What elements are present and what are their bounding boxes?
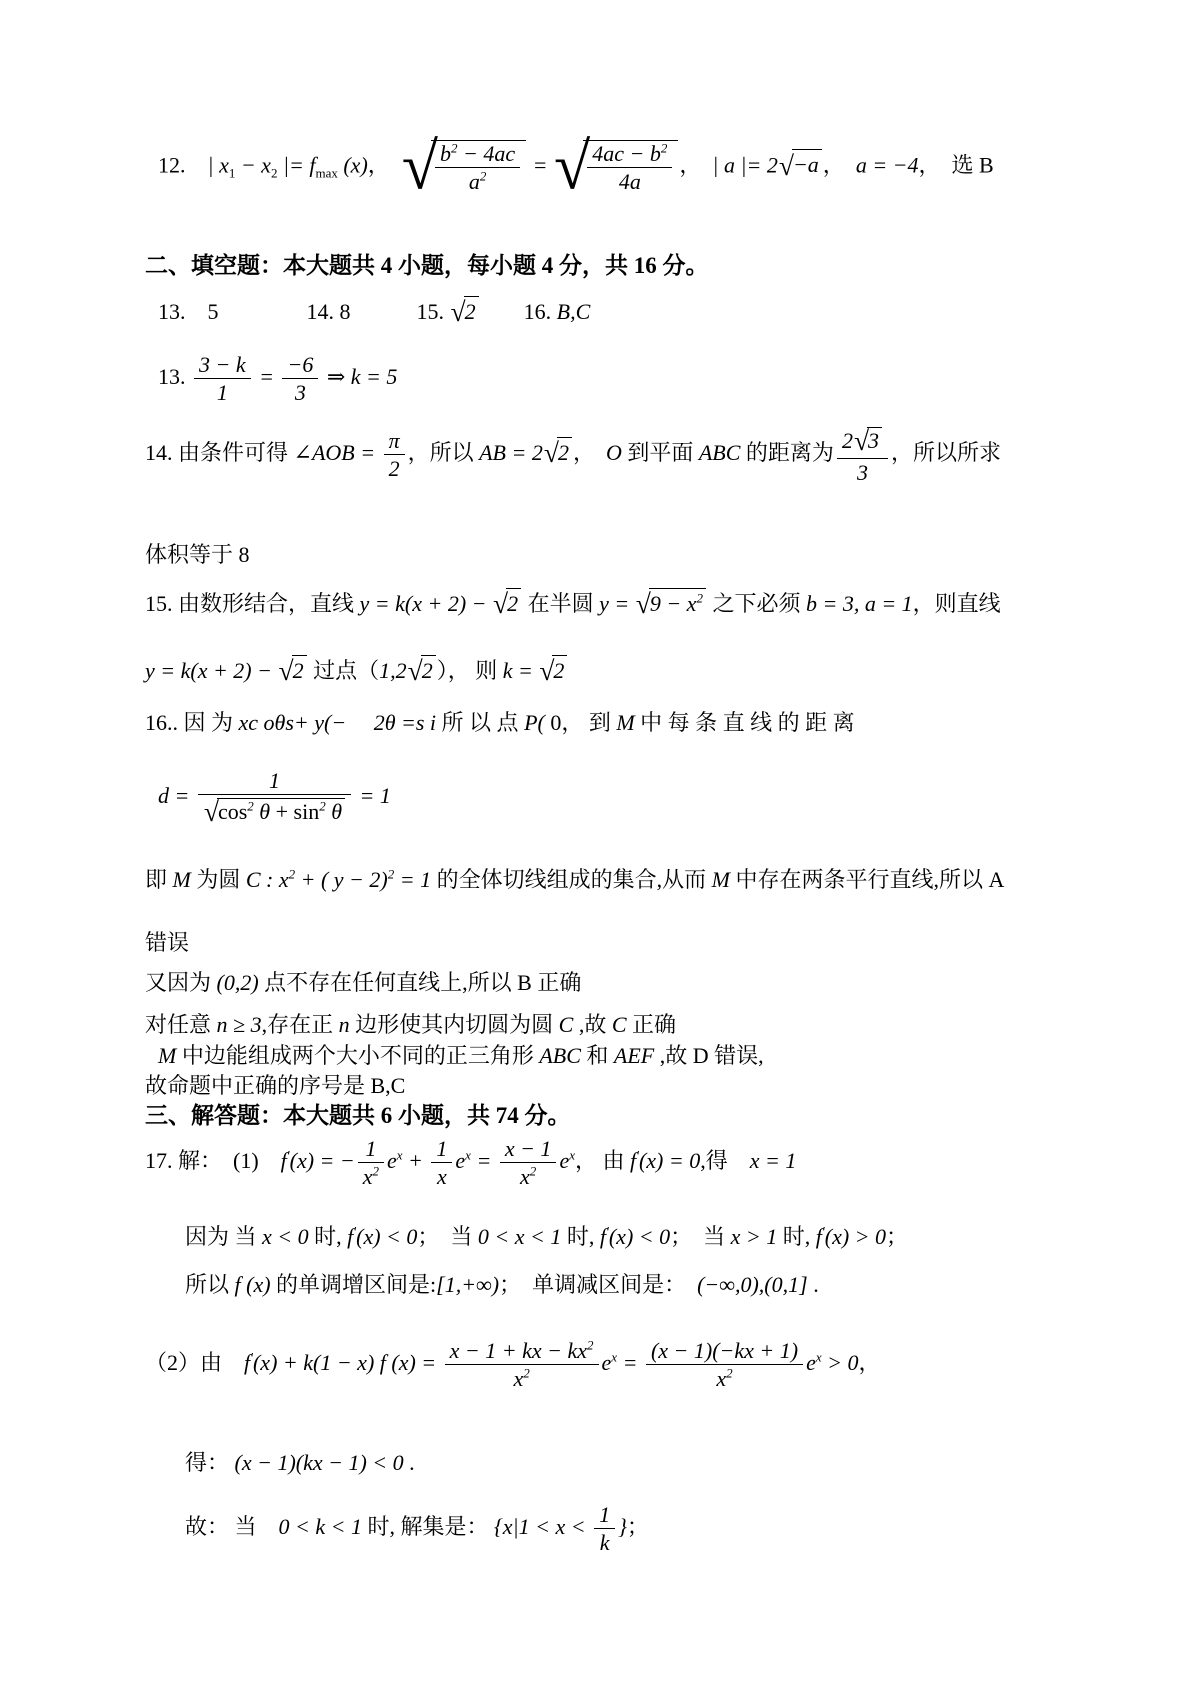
superscript: 2 (523, 1366, 530, 1381)
math-var: x < 0 (262, 1224, 309, 1249)
math-var: } (618, 1514, 627, 1539)
math-var: 2 (558, 440, 569, 465)
radical: √9 − x2 (636, 585, 706, 622)
fraction: 4ac − b24a (587, 141, 672, 195)
math-var: π (389, 428, 400, 453)
math-var: 2 (465, 299, 476, 324)
sol-17-1: 17. 解： (1) f′(x) = −1x2ex + 1xex = x − 1… (145, 1136, 796, 1190)
text-run (346, 710, 374, 735)
text-run: 15. 由数形结合，直线 (145, 591, 360, 616)
math-var: |= f (277, 152, 315, 177)
math-var: (x) < 0 (356, 1224, 417, 1249)
fraction-denominator: x2 (500, 1163, 557, 1189)
text-run: 时, (777, 1224, 816, 1249)
section-2-header: 二、填空题：本大题共 4 小题，每小题 4 分，共 16 分。 (145, 250, 709, 281)
text-run: 16. (480, 299, 557, 324)
math-var: (−∞,0),(0,1] (697, 1272, 808, 1297)
radical-sign: √ (408, 655, 422, 686)
math-var: > 0 (822, 1350, 859, 1375)
math-var: 9 − x (650, 591, 697, 616)
sol-16: 16.. 因 为 xc oθs+ y(− 2θ =s i 所 以 点 P( 0，… (145, 708, 855, 738)
math-var: k (600, 1530, 610, 1555)
radical-sign: √ (636, 588, 650, 619)
math-var: x (716, 1366, 726, 1391)
math-var: (x − 1)(kx − 1) < 0 (235, 1450, 404, 1475)
math-var: ∠AOB = (294, 440, 381, 465)
text-run: ，则直线 (913, 591, 1001, 616)
fraction-numerator: 3 − k (194, 352, 251, 379)
radicand: b2 − 4aca2 (431, 140, 526, 195)
radicand: 2 (552, 655, 567, 686)
fraction-numerator: x − 1 + kx − kx2 (445, 1338, 599, 1365)
text-run: 错误 (145, 930, 189, 955)
text-run: sin (294, 799, 320, 824)
math-var: M (616, 710, 634, 735)
math-var: x (437, 1164, 447, 1189)
text-run: （2）由 (145, 1350, 244, 1375)
document-page: 12. | x1 − x2 |= fmax (x)， √b2 − 4aca2 =… (0, 0, 1200, 1698)
radical-sign: √ (451, 296, 465, 327)
text-run: 中边能组成两个大小不同的正三角形 (176, 1043, 539, 1068)
radical: √4ac − b24a (554, 140, 678, 195)
fraction-denominator: k (594, 1529, 615, 1555)
radical-sign: √ (854, 425, 868, 456)
math-var: [1,+∞) (436, 1272, 499, 1297)
math-var: y = (599, 591, 635, 616)
text-run: ， (573, 440, 606, 465)
radical-sign: √ (554, 130, 587, 203)
superscript: 2 (480, 169, 487, 184)
fraction: 2√33 (837, 425, 888, 485)
fraction-denominator: 3 (837, 459, 888, 485)
fraction: 1√cos2 θ + sin2 θ (198, 768, 351, 828)
fraction-denominator: 2 (384, 455, 405, 481)
section-3-header: 三、解答题：本大题共 6 小题，共 74 分。 (145, 1100, 571, 1131)
text-run: 13. (158, 364, 191, 389)
subscript: max (315, 166, 337, 181)
math-var: e (455, 1148, 465, 1173)
radicand: 2 (421, 655, 436, 686)
math-var: e (806, 1350, 816, 1375)
radicand: 3 (867, 427, 882, 453)
math-var: ABC (699, 440, 741, 465)
text-run: 的单调增区间是: (271, 1272, 437, 1297)
math-var: (x) < 0 (609, 1224, 670, 1249)
radical: √2 (539, 652, 567, 689)
math-var: − 4ac (458, 141, 516, 166)
radical-sign: √ (779, 150, 793, 181)
text-run: 正确 (627, 1012, 677, 1037)
fraction-denominator: 3 (282, 379, 318, 405)
radicand: 2 (557, 437, 572, 468)
text-run: 和 (581, 1043, 614, 1068)
math-var: 2 (842, 428, 853, 453)
text-run: 二、填空题：本大题共 4 小题，每小题 4 分，共 16 分。 (145, 253, 709, 278)
radical: √2 (408, 652, 436, 689)
math-var: 3 (295, 380, 306, 405)
math-var: θ (326, 799, 342, 824)
text-run: 故： 当 (185, 1514, 279, 1539)
radical-sign: √ (539, 655, 553, 686)
text-run: ， 选 B (919, 152, 994, 177)
fraction-numerator: (x − 1)(−kx + 1) (646, 1338, 803, 1365)
radical: √2 (493, 585, 521, 622)
radicand: 4ac − b24a (583, 140, 678, 195)
text-run: 过点（ (308, 658, 380, 683)
text-run: ， (368, 152, 401, 177)
math-var: = (254, 364, 280, 389)
fraction-numerator: π (384, 428, 405, 455)
math-var: 2 (293, 658, 304, 683)
text-run: 得： (185, 1450, 235, 1475)
math-var: (x − 1)(−kx + 1) (651, 1338, 798, 1363)
math-var: (x) (338, 152, 368, 177)
math-var: = (527, 152, 553, 177)
fraction: (x − 1)(−kx + 1)x2 (646, 1338, 803, 1392)
superscript: 2 (726, 1366, 733, 1381)
math-var: 3 (868, 428, 879, 453)
superscript: 2 (373, 1164, 380, 1179)
math-var: M (158, 1043, 176, 1068)
text-run: 对任意 (145, 1012, 217, 1037)
math-var: = 1 (354, 783, 391, 808)
math-var: (x) + k(1 − x) f (x) = (253, 1350, 442, 1375)
math-var: 2θ =s i (374, 710, 436, 735)
fraction-denominator: x (431, 1163, 452, 1189)
text-run: 中存在两条平行直线,所以 A (730, 867, 1004, 892)
math-var: x − 1 (505, 1136, 552, 1161)
text-run: ， 由 (575, 1148, 630, 1173)
fraction: 1x2 (358, 1136, 384, 1190)
fraction: x − 1x2 (500, 1136, 557, 1190)
radicand: −a (792, 149, 822, 180)
math-var: x > 1 (731, 1224, 778, 1249)
fraction-numerator: b2 − 4ac (435, 141, 520, 168)
text-run: 16.. 因 为 (145, 710, 239, 735)
math-var: C (612, 1012, 627, 1037)
text-run: ,故 D 错误, (654, 1043, 763, 1068)
text-run: 即 (145, 867, 173, 892)
math-var: 1 < x < (519, 1514, 591, 1539)
sol-17-2: （2）由 f′(x) + k(1 − x) f (x) = x − 1 + kx… (145, 1338, 881, 1392)
text-run: ； 单调减区间是： (499, 1272, 697, 1297)
math-var: 1,2 (379, 658, 407, 683)
text-run: 的距离为 (740, 440, 834, 465)
fraction-denominator: 1 (194, 379, 251, 405)
math-var: x − 1 + kx − kx (450, 1338, 587, 1363)
text-run: ； (627, 1514, 649, 1539)
sol-15-cont: y = k(x + 2) − √2 过点（1,2√2）， 则 k = √2 (145, 652, 568, 689)
math-var: y = k(x + 2) − (360, 591, 492, 616)
math-var: k = (503, 658, 539, 683)
radicand: 9 − x2 (649, 588, 706, 619)
math-var: 1 (365, 1136, 376, 1161)
text-run: 时, (309, 1224, 348, 1249)
math-var: b (440, 141, 451, 166)
math-var: 2 (422, 658, 433, 683)
math-var: −6 (287, 352, 313, 377)
radical: √−a (779, 147, 822, 184)
math-var: M (712, 867, 730, 892)
math-var: M (173, 867, 191, 892)
text-run: 到平面 (622, 440, 699, 465)
math-var: e (602, 1350, 612, 1375)
superscript: 2 (587, 1338, 594, 1353)
radical-sign: √ (493, 588, 507, 619)
text-run: ）， 则 (437, 658, 503, 683)
fraction-denominator: a2 (435, 168, 520, 194)
math-var: C (559, 1012, 574, 1037)
math-var: x (363, 1164, 373, 1189)
math-var: f (x) (235, 1272, 271, 1297)
fraction-numerator: −6 (282, 352, 318, 379)
radicand: 2 (464, 296, 479, 327)
text-run: ； 当 (670, 1224, 731, 1249)
math-var: 2 (389, 456, 400, 481)
math-var: k = 5 (351, 364, 398, 389)
text-run: 14. 由条件可得 (145, 440, 294, 465)
radical: √3 (854, 425, 882, 457)
math-var: | x (208, 152, 229, 177)
text-run: + (270, 799, 293, 824)
text-run: 边形使其内切圆为圆 (350, 1012, 559, 1037)
radical: √2 (451, 293, 479, 330)
text-run: 故命题中正确的序号是 B,C (145, 1073, 405, 1098)
text-run: 为圆 (191, 867, 246, 892)
fraction: −63 (282, 352, 318, 406)
fraction: π2 (384, 428, 405, 482)
text-run: ； 当 (417, 1224, 478, 1249)
fraction: 3 − k1 (194, 352, 251, 406)
math-var: = 1 (394, 867, 431, 892)
math-var: y = k(x + 2) − (145, 658, 277, 683)
math-var: (x) > 0 (825, 1224, 886, 1249)
text-run: 的全体切线组成的集合,从而 (431, 867, 712, 892)
math-var: 1 (436, 1136, 447, 1161)
text-run: 点不存在任何直线上,所以 B 正确 (259, 970, 582, 995)
math-var: e (559, 1148, 569, 1173)
math-var: + (403, 1148, 429, 1173)
text-run: ， (858, 1350, 880, 1375)
text-run: ,存在正 (262, 1012, 339, 1037)
text-run: 时, 解集是： (362, 1514, 494, 1539)
text-run: ,得 (700, 1148, 750, 1173)
radical: √2 (278, 652, 306, 689)
math-var: (x) = − (290, 1148, 355, 1173)
fraction-denominator: √cos2 θ + sin2 θ (198, 795, 351, 828)
math-var: n (339, 1012, 350, 1037)
fraction: b2 − 4aca2 (435, 141, 520, 195)
sol-13: 13. 3 − k1 = −63 ⇒ k = 5 (158, 352, 397, 406)
sol-17-signs: 因为 当 x < 0 时, f′(x) < 0； 当 0 < x < 1 时, … (185, 1222, 908, 1252)
sol-12: 12. | x1 − x2 |= fmax (x)， √b2 − 4aca2 =… (158, 140, 994, 195)
radical-sign: √ (204, 796, 218, 827)
math-var: − x (235, 152, 271, 177)
radicand: cos2 θ + sin2 θ (217, 798, 345, 824)
math-var: b = 3, a = 1 (806, 591, 913, 616)
sol-17-answer: 故： 当 0 < k < 1 时, 解集是： {x|1 < x < 1k}； (185, 1502, 649, 1556)
text-run: 中 每 条 直 线 的 距 离 (635, 710, 855, 735)
math-var: O (606, 440, 622, 465)
math-var: ABC (539, 1043, 581, 1068)
math-var: {x (494, 1514, 513, 1539)
answers-13-16: 13. 5 14. 8 15. √2 16. B,C (158, 293, 590, 330)
sol-17-ineq: 得： (x − 1)(kx − 1) < 0 . (185, 1448, 415, 1478)
math-var: x = 1 (750, 1148, 797, 1173)
sol-14: 14. 由条件可得 ∠AOB = π2，所以 AB = 2√2， O 到平面 A… (145, 425, 1001, 485)
sol-16-wrong: 错误 (145, 928, 189, 958)
math-var: AB = 2 (479, 440, 543, 465)
sol-15: 15. 由数形结合，直线 y = k(x + 2) − √2 在半圆 y = √… (145, 585, 1001, 622)
radical-sign: √ (278, 655, 292, 686)
radical: √cos2 θ + sin2 θ (204, 796, 345, 828)
radical: √2 (544, 434, 572, 471)
math-var: 3 (857, 460, 868, 485)
text-run: ,故 (573, 1012, 612, 1037)
fraction: 1k (594, 1502, 615, 1556)
math-var: 1 (599, 1502, 610, 1527)
fraction-denominator: x2 (445, 1365, 599, 1391)
text-run: ，所以所求 (891, 440, 1001, 465)
text-run: 在半圆 (522, 591, 599, 616)
superscript: 2 (661, 141, 668, 156)
sol-16-distance: d = 1√cos2 θ + sin2 θ = 1 (158, 768, 391, 828)
text-run: cos (218, 799, 247, 824)
math-var: x (520, 1164, 530, 1189)
math-var: e (387, 1148, 397, 1173)
text-run: . (404, 1450, 415, 1475)
math-var: 1 (269, 768, 280, 793)
text-run: 又因为 (145, 970, 217, 995)
math-var: xc oθs+ y(− (239, 710, 347, 735)
fraction-numerator: 1 (198, 768, 351, 795)
fraction: 1x (431, 1136, 452, 1190)
radical-sign: √ (402, 130, 435, 203)
sol-16-b: 又因为 (0,2) 点不存在任何直线上,所以 B 正确 (145, 968, 581, 998)
math-var: x (513, 1366, 523, 1391)
math-var: n ≥ 3 (217, 1012, 262, 1037)
math-var: 4a (619, 169, 641, 194)
math-var: AEF (614, 1043, 654, 1068)
fraction-numerator: 1 (594, 1502, 615, 1529)
text-run: ，所以 (408, 440, 480, 465)
math-var: (0,2) (217, 970, 259, 995)
fraction-numerator: 1 (358, 1136, 384, 1163)
superscript: 2 (530, 1164, 537, 1179)
sol-16-final: 故命题中正确的序号是 B,C (145, 1071, 405, 1101)
fraction-numerator: 2√3 (837, 425, 888, 459)
math-var: C : x (246, 867, 289, 892)
math-var: a = −4 (856, 152, 919, 177)
math-var: | a |= 2 (712, 152, 777, 177)
math-var: = (471, 1148, 497, 1173)
text-run: 之下必须 (707, 591, 806, 616)
math-var: a (469, 169, 480, 194)
text-run: 12. (158, 152, 208, 177)
fraction-denominator: 4a (587, 168, 672, 194)
sol-16-c: 对任意 n ≥ 3,存在正 n 边形使其内切圆为圆 C ,故 C 正确 (145, 1010, 676, 1040)
text-run: ， (823, 152, 856, 177)
radical-sign: √ (544, 437, 558, 468)
text-run: 所以 (185, 1272, 235, 1297)
radicand: 2 (506, 588, 521, 619)
fraction-numerator: 1 (431, 1136, 452, 1163)
text-run: 体积等于 8 (145, 542, 250, 567)
math-var: 0 < k < 1 (279, 1514, 362, 1539)
math-var: d = (158, 783, 195, 808)
math-var: −a (793, 152, 819, 177)
math-var: 1 (217, 380, 228, 405)
superscript: 2 (696, 590, 703, 605)
fraction-numerator: 4ac − b2 (587, 141, 672, 168)
text-run: ⇒ (321, 364, 350, 389)
text-run: 因为 当 (185, 1224, 262, 1249)
sol-16-set: 即 M 为圆 C : x2 + ( y − 2)2 = 1 的全体切线组成的集合… (145, 865, 1004, 895)
math-var: (x) = 0 (639, 1148, 700, 1173)
math-var: 3 − k (199, 352, 246, 377)
text-run: . (808, 1272, 819, 1297)
radical: √b2 − 4aca2 (402, 140, 526, 195)
math-var: 2 (553, 658, 564, 683)
math-var: 4ac − b (592, 141, 661, 166)
fraction: x − 1 + kx − kx2x2 (445, 1338, 599, 1392)
math-var: + ( y − 2) (295, 867, 388, 892)
fraction-denominator: x2 (646, 1365, 803, 1391)
math-var: B,C (557, 299, 591, 324)
sol-17-intervals: 所以 f (x) 的单调增区间是:[1,+∞)； 单调减区间是： (−∞,0),… (185, 1270, 819, 1300)
sol-14-cont: 体积等于 8 (145, 540, 250, 570)
text-run: ， (679, 152, 712, 177)
text-run: 三、解答题：本大题共 6 小题，共 74 分。 (145, 1103, 571, 1128)
text-run: ； (886, 1224, 908, 1249)
text-run: 17. 解： (1) (145, 1148, 281, 1173)
text-run: 时, (561, 1224, 600, 1249)
math-var: P( (524, 710, 545, 735)
math-var: = (617, 1350, 643, 1375)
fraction-denominator: x2 (358, 1163, 384, 1189)
math-var: 0 < x < 1 (478, 1224, 561, 1249)
text-run: 13. 5 14. 8 15. (158, 299, 450, 324)
radicand: 2 (292, 655, 307, 686)
math-var: 2 (507, 591, 518, 616)
math-var: θ (254, 799, 270, 824)
text-run: 所 以 点 (436, 710, 524, 735)
fraction-numerator: x − 1 (500, 1136, 557, 1163)
sol-16-d: M 中边能组成两个大小不同的正三角形 ABC 和 AEF ,故 D 错误, (158, 1041, 764, 1071)
text-run: 0， 到 (545, 710, 617, 735)
